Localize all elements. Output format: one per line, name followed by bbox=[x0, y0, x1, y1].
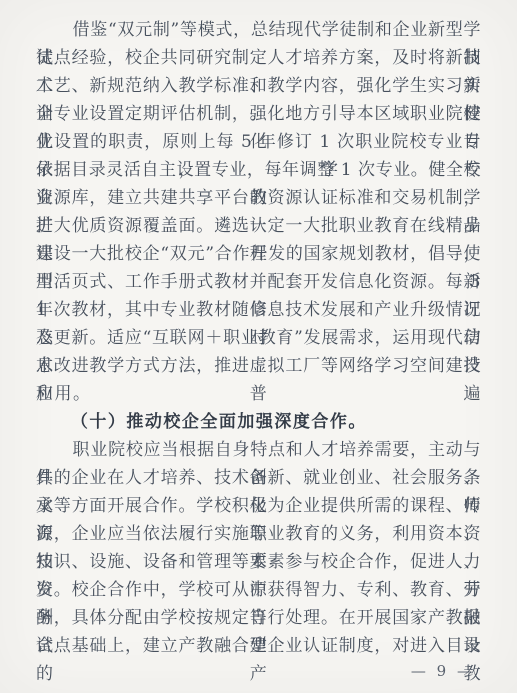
text-line: 知识、设施、设备和管理等要素参与校企合作，促进人力资源开 bbox=[36, 548, 481, 576]
text-line: 酬，具体分配由学校按规定自行处理。在开展国家产教融合建设 bbox=[36, 604, 481, 632]
text-line: 扩大优质资源覆盖面。遴选认定一大批职业教育在线精品课程， bbox=[36, 212, 481, 240]
text-line: 态更新。适应“互联网＋职业教育”发展需求，运用现代信息技 bbox=[36, 324, 481, 352]
text-line: 借鉴“双元制”等模式，总结现代学徒制和企业新型学徒制 bbox=[36, 16, 481, 44]
document-body: 借鉴“双元制”等模式，总结现代学徒制和企业新型学徒制试点经验，校企共同研究制定人… bbox=[36, 16, 481, 660]
section-heading: （十）推动校企全面加强深度合作。 bbox=[36, 408, 481, 436]
text-line: 试点基础上，建立产教融合型企业认证制度，对进入目录的产教 bbox=[36, 632, 481, 660]
text-line: 依据目录灵活自主设置专业，每年调整 1 次专业。健全专业教学 bbox=[36, 156, 481, 184]
text-line: 试点经验，校企共同研究制定人才培养方案，及时将新技术、新 bbox=[36, 44, 481, 72]
page-number: — 9 — bbox=[411, 662, 475, 680]
text-line: 建设一大批校企“双元”合作开发的国家规划教材，倡导使用新 bbox=[36, 240, 481, 268]
document-page: 借鉴“双元制”等模式，总结现代学徒制和企业新型学徒制试点经验，校企共同研究制定人… bbox=[0, 0, 517, 693]
text-line: 件的企业在人才培养、技术创新、就业创业、社会服务、文化传 bbox=[36, 464, 481, 492]
text-line: 承等方面开展合作。学校积极为企业提供所需的课程、师资等资 bbox=[36, 492, 481, 520]
text-line: 发。校企合作中，学校可从中获得智力、专利、教育、劳务等报 bbox=[36, 576, 481, 604]
text-line: 工艺、新规范纳入教学标准和教学内容，强化学生实习实训。健 bbox=[36, 72, 481, 100]
text-line: 资源库，建立共建共享平台的资源认证标准和交易机制，进一步 bbox=[36, 184, 481, 212]
text-line: 术改进教学方式方法，推进虚拟工厂等网络学习空间建设和普遍 bbox=[36, 352, 481, 380]
text-line: 全专业设置定期评估机制，强化地方引导本区域职业院校优化专 bbox=[36, 100, 481, 128]
text-line: 1 次教材，其中专业教材随信息技术发展和产业升级情况及时动 bbox=[36, 296, 481, 324]
text-line: 业设置的职责，原则上每 5 年修订 1 次职业院校专业目录，学校 bbox=[36, 128, 481, 156]
text-line: 源，企业应当依法履行实施职业教育的义务，利用资本、技术、 bbox=[36, 520, 481, 548]
text-line: 职业院校应当根据自身特点和人才培养需要，主动与具备条 bbox=[36, 436, 481, 464]
text-line: 型活页式、工作手册式教材并配套开发信息化资源。每 3 年修订 bbox=[36, 268, 481, 296]
